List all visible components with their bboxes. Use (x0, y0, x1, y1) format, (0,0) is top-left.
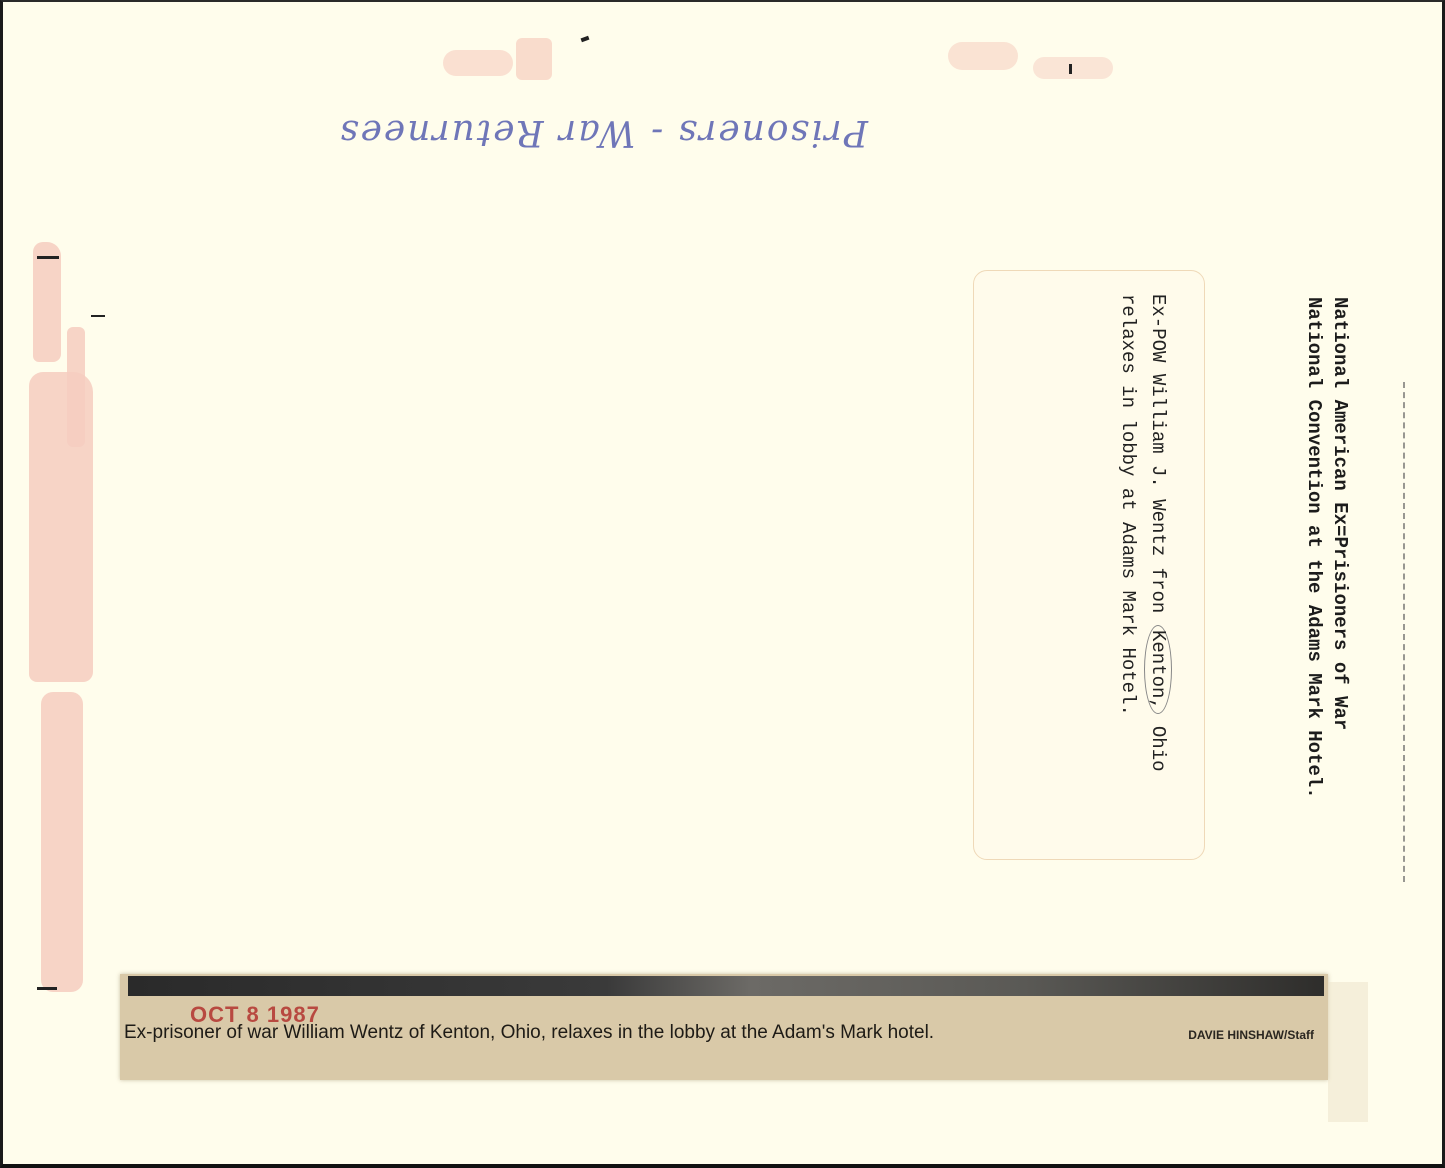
dashed-guide-line (1403, 382, 1405, 882)
photo-credit: DAVIE HINSHAW/Staff (1188, 1028, 1314, 1042)
typed-header-line: National Convention at the Adams Mark Ho… (1301, 297, 1327, 799)
typed-header: National American Ex=Prisioners of War N… (1301, 297, 1353, 799)
clipping-caption: Ex-prisoner of war William Wentz of Kent… (124, 1022, 934, 1044)
adhesive-stain (29, 372, 93, 682)
crop-mark (37, 987, 57, 990)
adhesive-stain (41, 692, 83, 992)
tape-residue (1328, 982, 1368, 1122)
typed-header-line: National American Ex=Prisioners of War (1327, 297, 1353, 799)
handwritten-note: Prisoners - War Returnees (303, 112, 903, 153)
adhesive-stain (33, 242, 61, 362)
circled-word: Kenton, (1144, 625, 1172, 715)
adhesive-stain (1033, 57, 1113, 79)
photo-edge-band (128, 976, 1324, 996)
crop-mark (581, 36, 590, 42)
label-line-2: relaxes in lobby at Adams Mark Hotel. (1113, 294, 1143, 772)
newspaper-clipping: OCT 8 1987 DAVIE HINSHAW/Staff Ex-prison… (120, 974, 1328, 1080)
adhesive-stain (516, 38, 552, 80)
crop-mark (1069, 64, 1072, 74)
crop-mark (91, 315, 105, 317)
photo-back-page: Prisoners - War Returnees National Ameri… (0, 0, 1445, 1168)
label-line-1: Ex-POW William J. Wentz fron Kenton, Ohi… (1143, 294, 1173, 772)
adhesive-stain (443, 50, 513, 76)
caption-label-text: Ex-POW William J. Wentz fron Kenton, Ohi… (1113, 294, 1173, 772)
label-text-part: Ex-POW William J. Wentz fron (1147, 294, 1169, 625)
crop-mark (37, 256, 59, 259)
label-text-part: Ohio (1147, 714, 1169, 771)
adhesive-stain (948, 42, 1018, 70)
